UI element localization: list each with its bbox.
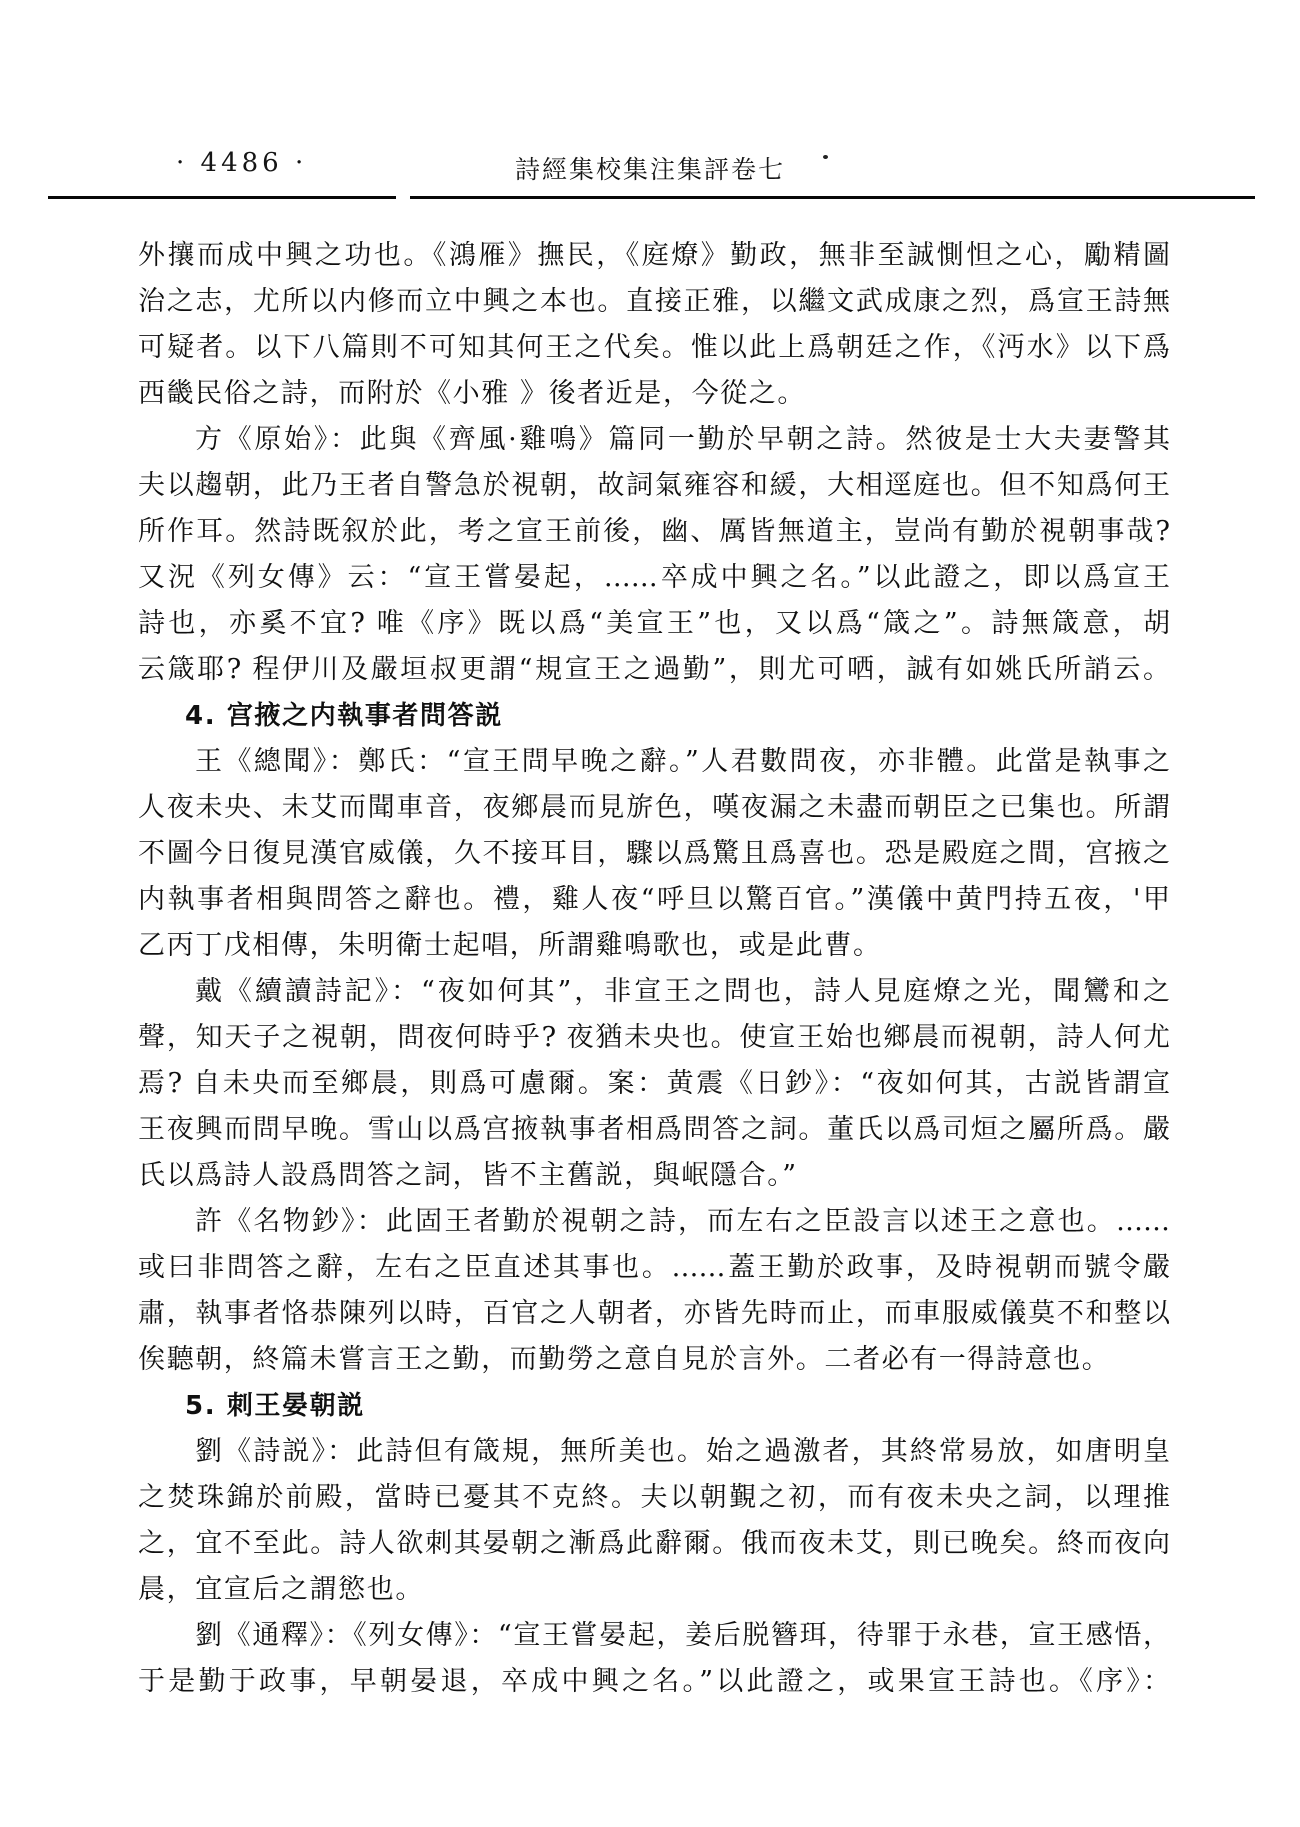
text-line: 晨，宜宣后之謂慾也。 bbox=[138, 1567, 1170, 1613]
section-heading: 4. 宫掖之内執事者問答説 bbox=[138, 693, 1170, 739]
text-line: 人夜未央、未艾而聞車音，夜鄉晨而見旂色，嘆夜漏之未盡而朝臣之已集也。所謂 bbox=[138, 785, 1170, 831]
text-line: 可疑者。以下八篇則不可知其何王之代矣。惟以此上爲朝廷之作，《沔水》以下爲 bbox=[138, 325, 1170, 371]
text-line: 内執事者相與問答之辭也。禮，雞人夜“呼旦以驚百官。”漢儀中黄門持五夜，'甲 bbox=[138, 877, 1170, 923]
text-line: 所作耳。然詩既叙於此，考之宣王前後，幽、厲皆無道主，豈尚有勤於視朝事哉? bbox=[138, 509, 1170, 555]
text-line: 之，宜不至此。詩人欲刺其晏朝之漸爲此辭爾。俄而夜未艾，則已晚矣。終而夜向 bbox=[138, 1521, 1170, 1567]
text-line: 不圖今日復見漢官威儀，久不接耳目，驟以爲驚且爲喜也。恐是殿庭之間，宫掖之 bbox=[138, 831, 1170, 877]
text-line: 俟聽朝，終篇未嘗言王之勤，而勤勞之意自見於言外。二者必有一得詩意也。 bbox=[138, 1337, 1170, 1383]
text-line: 劉《通釋》：《列女傳》：“宣王嘗晏起，姜后脱簪珥，待罪于永巷，宣王感悟， bbox=[138, 1613, 1170, 1659]
text-line: 劉《詩説》：此詩但有箴規，無所美也。始之過激者，其終常易放，如唐明皇 bbox=[138, 1429, 1170, 1475]
header-rule-left bbox=[48, 196, 396, 199]
text-body: 外攘而成中興之功也。《鴻雁》撫民，《庭燎》勤政，無非至誠惻怛之心，勵精圖治之志，… bbox=[138, 233, 1170, 1705]
text-line: 西畿民俗之詩，而附於《小雅 》後者近是，今從之。 bbox=[138, 371, 1170, 417]
text-line: 外攘而成中興之功也。《鴻雁》撫民，《庭燎》勤政，無非至誠惻怛之心，勵精圖 bbox=[138, 233, 1170, 279]
text-line: 乙丙丁戊相傳，朱明衛士起唱，所謂雞鳴歌也，或是此曹。 bbox=[138, 923, 1170, 969]
running-head-title: 詩經集校集注集評卷七 bbox=[0, 150, 1300, 186]
text-line: 戴《續讀詩記》：“夜如何其”，非宣王之問也，詩人見庭燎之光，聞鸞和之 bbox=[138, 969, 1170, 1015]
text-line: 夫以趨朝，此乃王者自警急於視朝，故詞氣雍容和緩，大相逕庭也。但不知爲何王 bbox=[138, 463, 1170, 509]
text-line: 肅，執事者恪恭陳列以時，百官之人朝者，亦皆先時而止，而車服威儀莫不和整以 bbox=[138, 1291, 1170, 1337]
text-line: 之焚珠錦於前殿，當時已憂其不克終。夫以朝覲之初，而有夜未央之詞，以理推 bbox=[138, 1475, 1170, 1521]
text-line: 方《原始》：此與《齊風·雞鳴》篇同一勤於早朝之詩。然彼是士大夫妻警其 bbox=[138, 417, 1170, 463]
text-line: 王夜興而問早晚。雪山以爲宫掖執事者相爲問答之詞。董氏以爲司烜之屬所爲。嚴 bbox=[138, 1107, 1170, 1153]
text-line: 又況《列女傳》云：“宣王嘗晏起，……卒成中興之名。”以此證之，即以爲宣王 bbox=[138, 555, 1170, 601]
scan-artifact-dot bbox=[823, 155, 828, 159]
text-line: 王《總聞》：鄭氏：“宣王問早晚之辭。”人君數問夜，亦非體。此當是執事之 bbox=[138, 739, 1170, 785]
text-line: 治之志，尤所以内修而立中興之本也。直接正雅，以繼文武成康之烈，爲宣王詩無 bbox=[138, 279, 1170, 325]
text-line: 氏以爲詩人設爲問答之詞，皆不主舊説，與岷隱合。” bbox=[138, 1153, 1170, 1199]
text-line: 聲，知天子之視朝，問夜何時乎? 夜猶未央也。使宣王始也鄉晨而視朝，詩人何尤 bbox=[138, 1015, 1170, 1061]
header-rule-right bbox=[410, 196, 1255, 199]
text-line: 于是勤于政事，早朝晏退，卒成中興之名。”以此證之，或果宣王詩也。《序》： bbox=[138, 1659, 1170, 1705]
text-line: 或曰非問答之辭，左右之臣直述其事也。……蓋王勤於政事，及時視朝而號令嚴 bbox=[138, 1245, 1170, 1291]
text-line: 焉? 自未央而至鄉晨，則爲可慮爾。案：黄震《日鈔》：“夜如何其，古説皆謂宣 bbox=[138, 1061, 1170, 1107]
text-line: 云箴耶? 程伊川及嚴垣叔更謂“規宣王之過勤”，則尤可哂，誠有如姚氏所誚云。 bbox=[138, 647, 1170, 693]
text-line: 許《名物鈔》：此固王者勤於視朝之詩，而左右之臣設言以述王之意也。…… bbox=[138, 1199, 1170, 1245]
text-line: 詩也，亦奚不宜? 唯《序》既以爲“美宣王”也，又以爲“箴之”。詩無箴意，胡 bbox=[138, 601, 1170, 647]
section-heading: 5. 刺王晏朝説 bbox=[138, 1383, 1170, 1429]
